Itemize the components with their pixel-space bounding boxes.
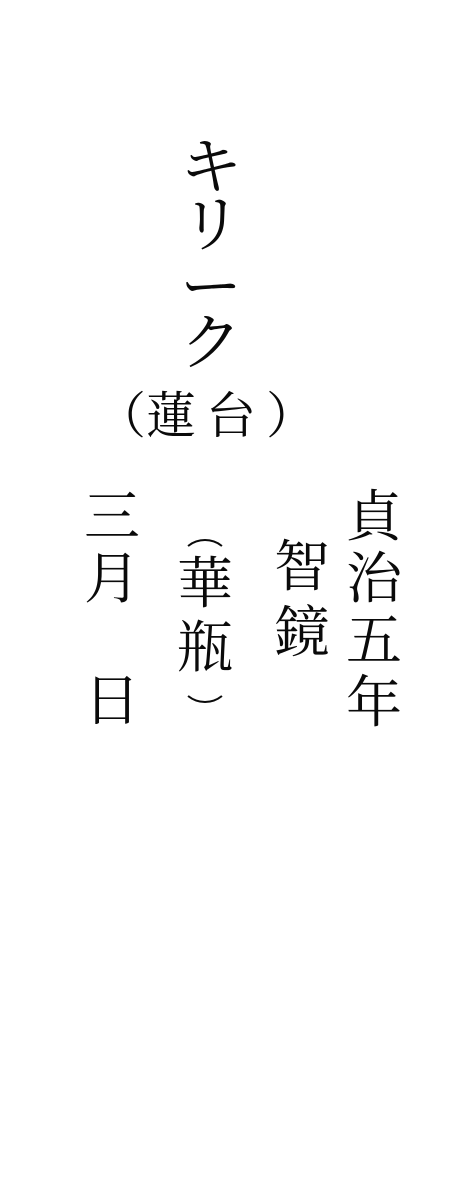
open-paren-vertical [175, 535, 235, 557]
vase-label: 華 瓶 [175, 535, 235, 707]
name-char: 鏡 [272, 606, 332, 672]
era-char: 五 [344, 614, 404, 676]
lotus-label: （ 蓮 台 ） [96, 386, 306, 446]
vase-char: 華 [175, 557, 235, 621]
heading-char: ク [176, 312, 246, 370]
heading-char: ー [176, 256, 246, 312]
heading-char: キ [176, 136, 246, 194]
vase-char: 瓶 [175, 621, 235, 685]
day-char: 日 [82, 674, 142, 736]
month-char: 三 [82, 490, 142, 552]
lotus-char: 台 [206, 391, 256, 441]
era-char: 年 [344, 676, 404, 738]
lotus-char: 蓮 [146, 391, 196, 441]
close-paren-vertical [175, 685, 235, 707]
month-day: 三 月 日 [82, 490, 142, 736]
era-date: 貞 治 五 年 [344, 490, 404, 738]
month-char: 月 [82, 552, 142, 614]
heading-kiriku: キ リ ー ク [176, 136, 246, 370]
heading-char: リ [176, 194, 246, 256]
blank-space [82, 614, 142, 674]
close-paren: ） [266, 391, 306, 441]
era-char: 貞 [344, 490, 404, 552]
name-char: 智 [272, 540, 332, 606]
era-char: 治 [344, 552, 404, 614]
open-paren: （ [96, 391, 136, 441]
person-name: 智 鏡 [272, 540, 332, 672]
